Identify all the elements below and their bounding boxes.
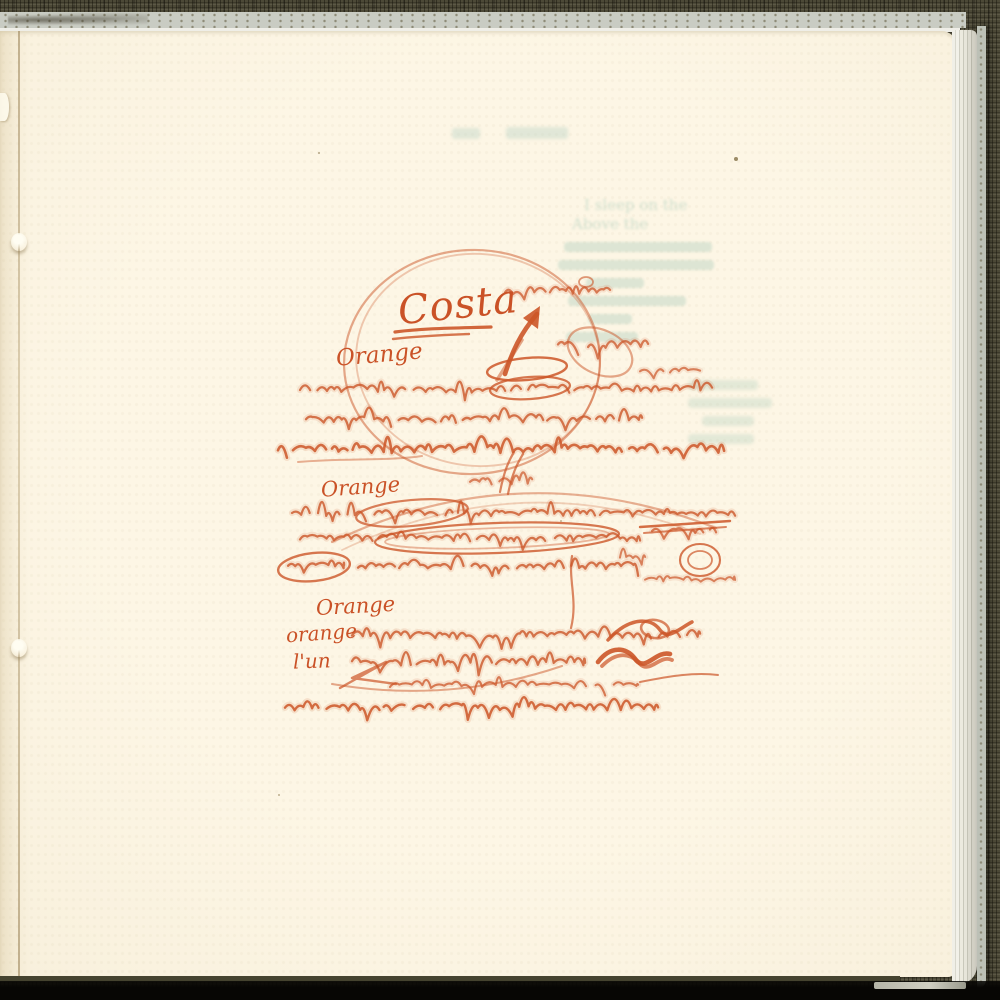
- cover-edge-stain: [8, 13, 148, 27]
- bottom-shadow: [0, 981, 1000, 1000]
- gutter-shadow: [0, 31, 30, 977]
- photo-open-book: I sleep on the Above the Costa Orange Or…: [0, 0, 1000, 1000]
- scribble-stroke: [298, 456, 422, 462]
- scribble-stroke: [640, 521, 730, 527]
- sewing-bump: [11, 639, 27, 657]
- sketch-word-orange: Orange: [320, 472, 401, 501]
- sketch-word-orange: Orange: [335, 338, 424, 371]
- sketch-word-lun: l'un: [293, 648, 331, 673]
- right-page-stack-edges: [952, 30, 977, 984]
- sketch-word-costa: Costa: [396, 276, 520, 334]
- showthrough-header-smudge: [506, 127, 568, 139]
- scribble-oval: [688, 551, 712, 569]
- scribble-stroke: [640, 674, 718, 682]
- scribble-stroke: [602, 655, 672, 667]
- sketch-word-orange: Orange: [315, 592, 395, 620]
- dust-speck: [318, 152, 320, 154]
- showthrough-header-smudge: [452, 128, 480, 139]
- scribble-stroke: [352, 627, 700, 649]
- showthrough-line: I sleep on the: [562, 196, 757, 215]
- legible-words: Costa Orange Orange Orange orange l'un: [285, 276, 520, 674]
- sewing-bump: [11, 233, 27, 251]
- book-cover-right-edge: [977, 26, 986, 988]
- gutter-crease-line: [18, 31, 20, 977]
- scribble-stroke: [393, 334, 469, 339]
- paper-edge-notch: [0, 93, 9, 121]
- orange-manuscript-sketch: Costa Orange Orange Orange orange l'un: [250, 220, 750, 740]
- bottom-page-stack-edge: [874, 982, 966, 989]
- scribble-oval: [680, 544, 720, 576]
- sketch-word-orange: orange: [285, 618, 358, 647]
